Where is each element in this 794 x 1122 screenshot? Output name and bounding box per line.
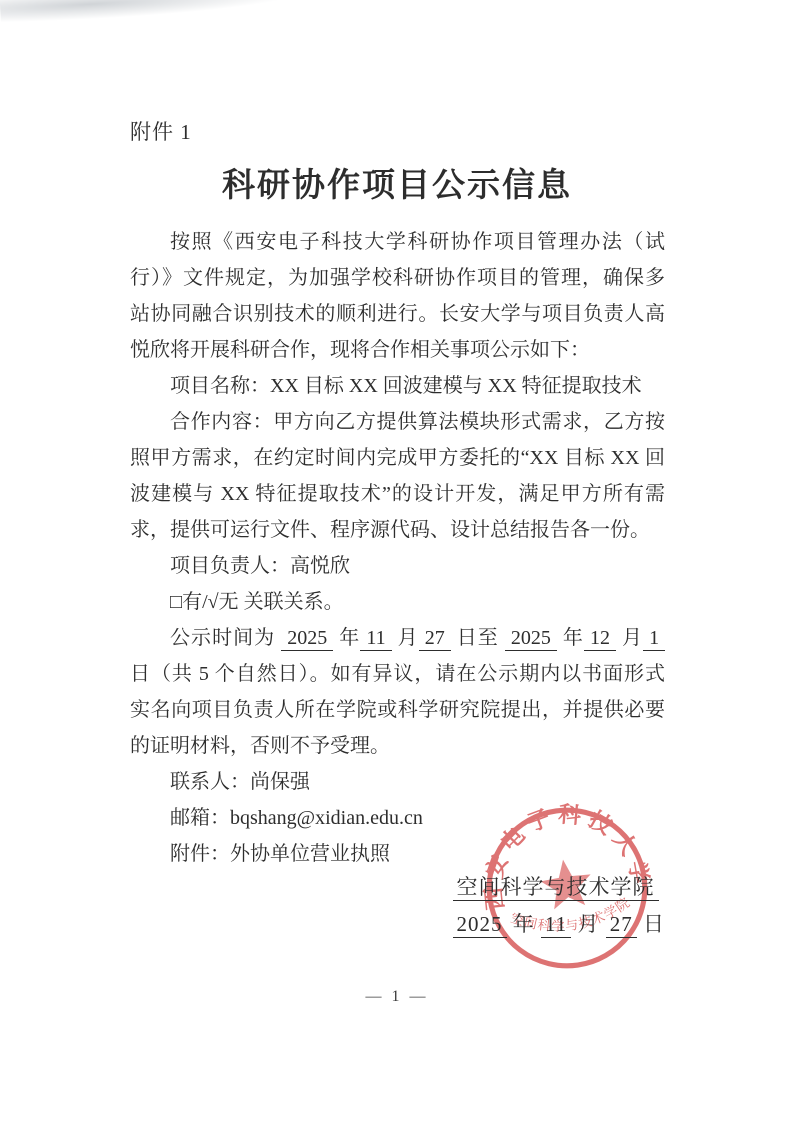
underlined-value: 27 bbox=[419, 627, 451, 651]
text-segment: 年 bbox=[557, 627, 584, 649]
paragraph: □有/√无 关联关系。 bbox=[130, 584, 665, 620]
page-title: 科研协作项目公示信息 bbox=[0, 159, 794, 206]
text-line: 项目名称：XX 目标 XX 回波建模与 XX 特征提取技术 bbox=[130, 368, 665, 404]
text-line: 联系人：尚保强 bbox=[130, 764, 665, 800]
text-line: 合作内容：甲方向乙方提供算法模块形式需求，乙方按 bbox=[130, 404, 665, 440]
paragraph: 项目名称：XX 目标 XX 回波建模与 XX 特征提取技术 bbox=[130, 368, 665, 404]
text-segment: 日至 bbox=[451, 627, 505, 649]
signature-block: 空间科学与技术学院2025 年 11 月 27 日 bbox=[453, 869, 665, 943]
paragraph: 合作内容：甲方向乙方提供算法模块形式需求，乙方按照甲方需求，在约定时间内完成甲方… bbox=[130, 404, 665, 548]
document-page: 附件 1 科研协作项目公示信息 按照《西安电子科技大学科研协作项目管理办法（试行… bbox=[0, 0, 794, 1122]
underlined-value: 11 bbox=[360, 627, 391, 651]
underlined-value: 空间科学与技术学院 bbox=[453, 875, 659, 901]
underlined-value: 27 bbox=[606, 912, 637, 938]
signature-date-line: 2025 年 11 月 27 日 bbox=[453, 906, 665, 943]
paragraph: 按照《西安电子科技大学科研协作项目管理办法（试行）》文件规定，为加强学校科研协作… bbox=[130, 224, 665, 368]
document-body: 按照《西安电子科技大学科研协作项目管理办法（试行）》文件规定，为加强学校科研协作… bbox=[130, 224, 665, 872]
attachment-label: 附件 1 bbox=[130, 116, 192, 146]
paragraph: 项目负责人：高悦欣 bbox=[130, 548, 665, 584]
text-line: 项目负责人：高悦欣 bbox=[130, 548, 665, 584]
text-line: □有/√无 关联关系。 bbox=[130, 584, 665, 620]
text-segment: 月 bbox=[616, 627, 643, 649]
text-line: 悦欣将开展科研合作，现将合作相关事项公示如下： bbox=[130, 332, 665, 368]
paragraph: 公示时间为 2025 年11 月27 日至 2025 年12 月1日（共 5 个… bbox=[130, 620, 665, 764]
paragraph: 联系人：尚保强 bbox=[130, 764, 665, 800]
underlined-value: 12 bbox=[584, 627, 616, 651]
text-segment: 日 bbox=[637, 912, 665, 936]
underlined-value: 1 bbox=[643, 627, 665, 651]
underlined-value: 2025 bbox=[505, 627, 557, 651]
text-segment: 月 bbox=[392, 627, 419, 649]
text-line: 按照《西安电子科技大学科研协作项目管理办法（试 bbox=[130, 224, 665, 260]
text-segment: 年 bbox=[507, 912, 542, 936]
text-line: 行）》文件规定，为加强学校科研协作项目的管理，确保多 bbox=[130, 260, 665, 296]
page-number: — 1 — bbox=[0, 988, 794, 1006]
text-line: 求，提供可运行文件、程序源代码、设计总结报告各一份。 bbox=[130, 512, 665, 548]
text-line: 照甲方需求，在约定时间内完成甲方委托的“XX 目标 XX 回 bbox=[130, 440, 665, 476]
signature-org-line: 空间科学与技术学院 bbox=[453, 869, 665, 906]
text-line: 的证明材料，否则不予受理。 bbox=[130, 728, 665, 764]
underlined-value: 2025 bbox=[453, 912, 507, 938]
underlined-value: 11 bbox=[541, 912, 571, 938]
text-segment: 年 bbox=[333, 627, 360, 649]
text-line: 日（共 5 个自然日）。如有异议，请在公示期内以书面形式 bbox=[130, 656, 665, 692]
text-line: 站协同融合识别技术的顺利进行。长安大学与项目负责人高 bbox=[130, 296, 665, 332]
text-line: 实名向项目负责人所在学院或科学研究院提出，并提供必要 bbox=[130, 692, 665, 728]
text-segment: 月 bbox=[571, 912, 606, 936]
text-segment: 公示时间为 bbox=[170, 627, 281, 649]
text-line: 公示时间为 2025 年11 月27 日至 2025 年12 月1 bbox=[130, 620, 665, 656]
text-line: 波建模与 XX 特征提取技术”的设计开发，满足甲方所有需 bbox=[130, 476, 665, 512]
scan-artifact bbox=[0, 0, 301, 24]
underlined-value: 2025 bbox=[281, 627, 333, 651]
